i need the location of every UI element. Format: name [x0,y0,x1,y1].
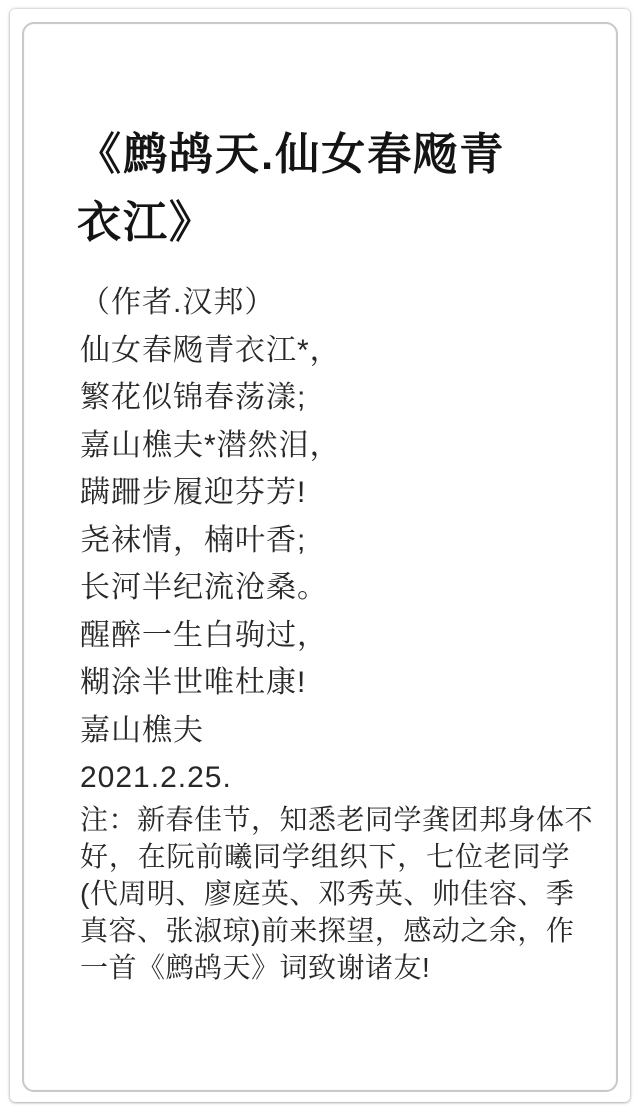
signature-line: 嘉山樵夫 [80,707,580,755]
note-line-2: 好，在阮前曦同学组织下，七位老同学 [80,838,570,875]
note-line-5: 一首《鹧鸪天》词致谢诸友! [80,949,570,986]
poem-line-4: 蹒跚步履迎芬芳! [80,469,580,517]
poem-title-line-1: 《鹧鸪天.仙女春飏青 [77,121,587,189]
poem-card: 《鹧鸪天.仙女春飏青 衣江》 （作者.汉邦） 仙女春飏青衣江*， 繁花似锦春荡漾… [10,9,630,1102]
poem-line-6: 长河半纪流沧桑。 [80,564,580,612]
poem-line-3: 嘉山樵夫*潜然泪， [80,422,580,470]
author-line: （作者.汉邦） [80,279,580,327]
poem-title-line-2: 衣江》 [77,189,587,257]
poem-title: 《鹧鸪天.仙女春飏青 衣江》 [77,121,587,257]
note-line-3: (代周明、廖庭英、邓秀英、帅佳容、季 [80,875,570,912]
note-line-1: 注：新春佳节，知悉老同学龚团邦身体不 [80,801,570,838]
poem-body: （作者.汉邦） 仙女春飏青衣江*， 繁花似锦春荡漾; 嘉山樵夫*潜然泪， 蹒跚步… [80,279,580,802]
poem-line-5: 尧袜情，楠叶香; [80,517,580,565]
poem-line-1: 仙女春飏青衣江*， [80,327,580,375]
poem-line-7: 醒醉一生白驹过， [80,612,580,660]
poem-line-2: 繁花似锦春荡漾; [80,374,580,422]
note-line-4: 真容、张淑琼)前来探望，感动之余，作 [80,912,570,949]
poem-image-canvas: 《鹧鸪天.仙女春飏青 衣江》 （作者.汉邦） 仙女春飏青衣江*， 繁花似锦春荡漾… [0,0,640,1116]
poem-note: 注：新春佳节，知悉老同学龚团邦身体不 好，在阮前曦同学组织下，七位老同学 (代周… [80,801,570,986]
poem-line-8: 糊涂半世唯杜康! [80,659,580,707]
date-line: 2021.2.25. [80,754,580,802]
